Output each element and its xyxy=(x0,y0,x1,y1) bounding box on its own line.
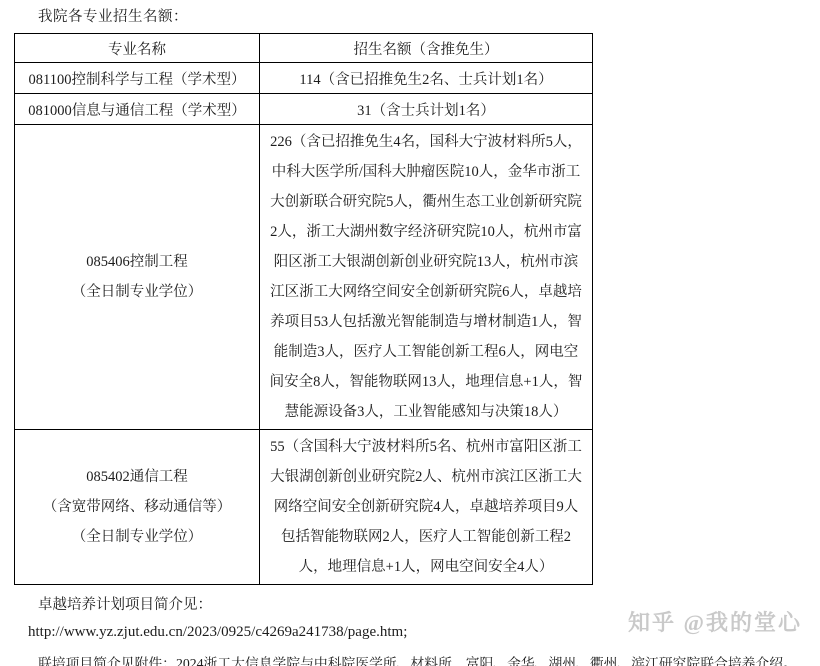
major-name-line: （全日制专业学位） xyxy=(19,277,255,307)
document-page: 我院各专业招生名额： 专业名称 招生名额（含推免生） 081100控制科学与工程… xyxy=(0,0,820,666)
quota-cell: 55（含国科大宁波材料所5名、杭州市富阳区浙工大银湖创新创业研究院2人、杭州市滨… xyxy=(260,430,593,585)
major-name-line: （含宽带网络、移动通信等） xyxy=(19,492,255,522)
major-name-cell: 081100控制科学与工程（学术型） xyxy=(15,63,260,94)
table-header-row: 专业名称 招生名额（含推免生） xyxy=(15,34,593,63)
header-major-name: 专业名称 xyxy=(15,34,260,63)
quota-cell: 114（含已招推免生2名、士兵计划1名） xyxy=(260,63,593,94)
intro-text: 我院各专业招生名额： xyxy=(38,5,820,26)
quota-cell: 31（含士兵计划1名） xyxy=(260,94,593,125)
table-row-085406: 085406控制工程 （全日制专业学位） 226（含已招推免生4名，国科大宁波材… xyxy=(15,125,593,430)
header-quota: 招生名额（含推免生） xyxy=(260,34,593,63)
table-row-081100: 081100控制科学与工程（学术型） 114（含已招推免生2名、士兵计划1名） xyxy=(15,63,593,94)
major-name-line: （全日制专业学位） xyxy=(19,522,255,552)
quota-table: 专业名称 招生名额（含推免生） 081100控制科学与工程（学术型） 114（含… xyxy=(14,33,593,585)
major-name-line: 085402通信工程 xyxy=(19,462,255,492)
program-intro-url: http://www.yz.zjut.edu.cn/2023/0925/c426… xyxy=(28,624,820,641)
major-name-cell: 081000信息与通信工程（学术型） xyxy=(15,94,260,125)
joint-training-note: 联培项目简介见附件：2024浙工大信息学院与中科院医学所、材料所，富阳、金华、湖… xyxy=(38,652,820,666)
major-name-cell: 085406控制工程 （全日制专业学位） xyxy=(15,125,260,430)
table-row-085402: 085402通信工程 （含宽带网络、移动通信等） （全日制专业学位） 55（含国… xyxy=(15,430,593,585)
major-name-line: 085406控制工程 xyxy=(19,247,255,277)
quota-cell: 226（含已招推免生4名，国科大宁波材料所5人，中科大医学所/国科大肿瘤医院10… xyxy=(260,125,593,430)
excellence-program-note: 卓越培养计划项目简介见： xyxy=(38,593,820,614)
table-row-081000: 081000信息与通信工程（学术型） 31（含士兵计划1名） xyxy=(15,94,593,125)
major-name-cell: 085402通信工程 （含宽带网络、移动通信等） （全日制专业学位） xyxy=(15,430,260,585)
